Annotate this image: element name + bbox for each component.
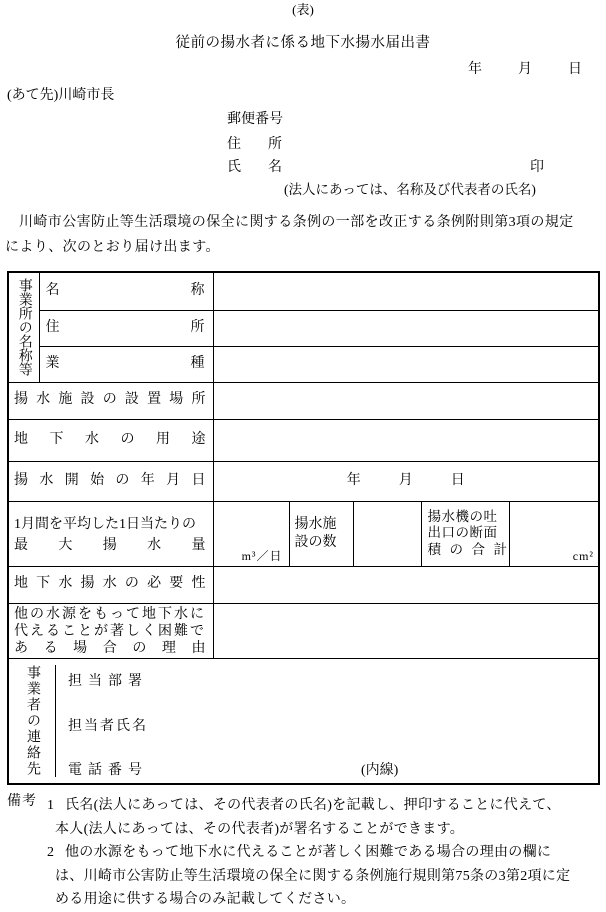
necessity-label: 地 下 水 揚 水 の 必 要 性 [8, 566, 213, 603]
address-label-right: 所 [268, 137, 282, 153]
start-day-label: 日 [451, 473, 465, 489]
date-day-label: 日 [568, 62, 582, 78]
reason-label-line3: あ る 場 合 の 理 由 [14, 640, 206, 657]
corporation-note: (法人にあっては、名称及び代表者の氏名) [284, 182, 536, 198]
note-2-number: 2 [47, 841, 65, 865]
industry-label: 業 種 [39, 346, 213, 382]
note-1-text-1: 氏名(法人にあっては、その代表者の氏名)を記載し、押印することに代えて、 [65, 798, 561, 813]
max-pumping-label-line2: 最 大 揚 水 量 [14, 538, 206, 554]
contact-section-cell: 事業者の連絡先 担当部署 担当者氏名 電話番号 (内線) [8, 658, 599, 784]
addressee-label: (あて先)川崎市長 [7, 88, 114, 104]
name-label: 氏 名 [227, 160, 282, 176]
office-group-label: 事業所の名称等 [16, 278, 32, 376]
contact-section: 事業者の連絡先 担当部署 担当者氏名 電話番号 (内線) [9, 665, 598, 777]
office-group-label-cell: 事業所の名称等 [8, 272, 39, 382]
date-year-label: 年 [468, 62, 482, 78]
seal-mark: 印 [530, 160, 544, 176]
form-table: 事業所の名称等 名 称 住 所 業 種 揚 水 施 設 の 設 置 場 所 地 … [7, 271, 600, 785]
intro-line-1: 川崎市公害防止等生活環境の保全に関する条例の一部を改正する条例附則第3項の規定 [5, 215, 603, 231]
contact-phone-label: 電話番号 [68, 763, 148, 779]
start-year-label: 年 [347, 473, 361, 489]
note-1-number: 1 [47, 794, 65, 818]
pump-start-date-value-cell: 年 月 日 [213, 461, 599, 501]
note-2-line-3: める用途に供する場合のみ記載してください。 [55, 888, 601, 912]
groundwater-use-value-cell [213, 419, 599, 461]
notes-heading: 備考 [7, 794, 37, 810]
max-pumping-value-cell: m³／日 [213, 501, 289, 566]
contact-department-label: 担当部署 [68, 674, 148, 690]
facility-location-label: 揚 水 施 設 の 設 置 場 所 [8, 382, 213, 419]
pump-start-date-label: 揚 水 開 始 の 年 月 日 [8, 461, 213, 501]
industry-value-cell [213, 346, 599, 382]
contact-body: 担当部署 担当者氏名 電話番号 (内線) [56, 665, 598, 777]
note-2-line-2: は、川崎市公害防止等生活環境の保全に関する条例施行規則第75条の3第2項に定 [55, 865, 601, 889]
address-label-left: 住 [227, 137, 241, 153]
start-month-label: 月 [399, 473, 413, 489]
note-1-line-2: 本人(法人にあっては、その代表者)が署名することができます。 [55, 818, 601, 842]
outlet-area-value-cell: cm² [509, 501, 599, 566]
facility-count-label-line2: 設の数 [295, 534, 353, 552]
unit-m3-per-day: m³／日 [242, 550, 283, 564]
contact-extension-label: (内線) [361, 763, 398, 779]
reason-value-cell [213, 603, 599, 658]
note-1-line-1: 1氏名(法人にあっては、その代表者の氏名)を記載し、押印することに代えて、 [47, 794, 601, 818]
facility-count-label: 揚水施 設の数 [289, 501, 353, 566]
outlet-area-label-line1: 揚水機の吐 [428, 509, 509, 526]
office-name-value-cell [213, 272, 599, 310]
groundwater-use-label: 地 下 水 の 用 途 [8, 419, 213, 461]
necessity-value-cell [213, 566, 599, 603]
contact-person-label: 担当者氏名 [68, 719, 148, 735]
date-month-label: 月 [518, 62, 532, 78]
date-line: 年 月 日 [468, 62, 582, 78]
outlet-area-label: 揚水機の吐 出口の断面 積の合計 [421, 501, 509, 566]
facility-location-value-cell [213, 382, 599, 419]
note-2-line-1: 2他の水源をもって地下水に代えることが著しく困難である場合の理由の欄に [47, 841, 601, 865]
name-label-left: 氏 [227, 160, 241, 176]
office-address-value-cell [213, 310, 599, 346]
max-pumping-label: 1月間を平均した1日当たりの 最 大 揚 水 量 [8, 501, 213, 566]
reason-label: 他の水源をもって地下水に 代えることが著しく困難で あ る 場 合 の 理 由 [8, 603, 213, 658]
reason-label-line2: 代えることが著しく困難で [14, 623, 206, 640]
postal-code-label: 郵便番号 [227, 112, 283, 128]
intro-paragraph: 川崎市公害防止等生活環境の保全に関する条例の一部を改正する条例附則第3項の規定 … [5, 215, 603, 256]
max-pumping-label-line1: 1月間を平均した1日当たりの [14, 517, 206, 533]
notes-section: 備考 1氏名(法人にあっては、その代表者の氏名)を記載し、押印することに代えて、… [7, 794, 601, 912]
note-2-text-1: 他の水源をもって地下水に代えることが著しく困難である場合の理由の欄に [65, 845, 551, 860]
office-address-label: 住 所 [39, 310, 213, 346]
address-label: 住 所 [227, 137, 282, 153]
contact-group-label: 事業者の連絡先 [24, 665, 40, 777]
outlet-area-label-line3: 積の合計 [428, 542, 508, 559]
facility-count-value-cell [353, 501, 421, 566]
intro-line-2: により、次のとおり届け出ます。 [5, 240, 603, 256]
facility-count-label-line1: 揚水施 [295, 516, 353, 534]
page-side-label: (表) [0, 3, 606, 18]
reason-label-line1: 他の水源をもって地下水に [14, 606, 206, 623]
pump-start-date-ymd: 年 月 日 [214, 473, 599, 489]
name-label-right: 名 [268, 160, 282, 176]
contact-group-label-cell: 事業者の連絡先 [9, 665, 56, 777]
outlet-area-label-line2: 出口の断面 [428, 525, 509, 542]
document-title: 従前の揚水者に係る地下水揚水届出書 [0, 35, 606, 52]
office-name-label: 名 称 [39, 272, 213, 310]
unit-cm2: cm² [573, 550, 594, 564]
